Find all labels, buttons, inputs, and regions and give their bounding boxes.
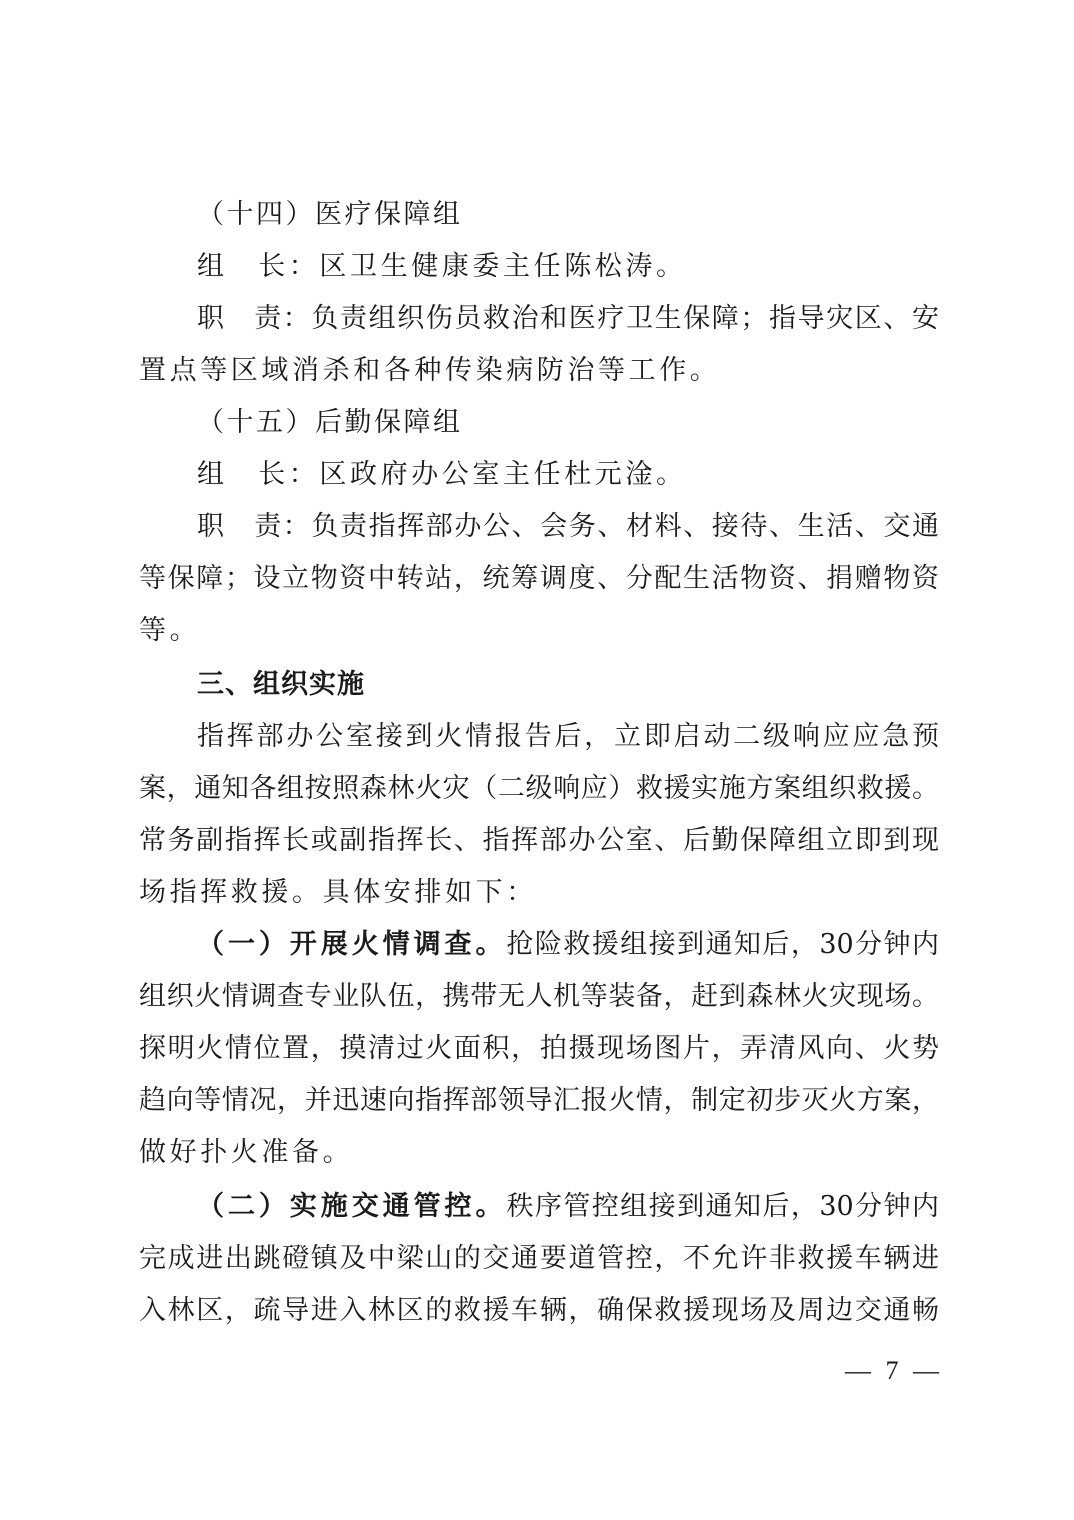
item1-line-1: （一）开展火情调查。抢险救援组接到通知后，30分钟内 [197,928,939,962]
logistics-duty-line-2: 等保障；设立物资中转站，统筹调度、分配生活物资、捐赠物资 [139,562,939,596]
part3-intro-line-3: 常务副指挥长或副指挥长、指挥部办公室、后勤保障组立即到现 [139,824,939,858]
duty-text: 负责指挥部办公、会务、材料、接待、生活、交通 [311,511,939,542]
item1-line-3: 探明火情位置，摸清过火面积，拍摄现场图片，弄清风向、火势 [139,1032,939,1066]
logistics-duty-line-1: 职 责：负责指挥部办公、会务、材料、接待、生活、交通 [197,510,939,544]
leader-label: 组 长： [197,251,319,282]
part3-intro-line-4: 场指挥救援。具体安排如下： [139,876,939,910]
part3-intro-line-2: 案，通知各组按照森林火灾（二级响应）救援实施方案组织救援。 [139,772,939,806]
item1-line-2: 组织火情调查专业队伍，携带无人机等装备，赶到森林火灾现场。 [139,980,939,1014]
logistics-duty-line-3: 等。 [139,614,939,648]
leader-value: 区卫生健康委主任陈松涛。 [319,251,686,282]
section-heading-medical: （十四）医疗保障组 [197,198,939,232]
item1-text: 抢险救援组接到通知后，30分钟内 [506,929,939,960]
item1-line-4: 趋向等情况，并迅速向指挥部领导汇报火情，制定初步灭火方案， [139,1084,939,1118]
duty-label: 职 责： [197,511,311,542]
page-number: — 7 — [845,1356,943,1386]
duty-label: 职 责： [197,303,311,334]
section-heading-logistics: （十五）后勤保障组 [197,406,939,440]
medical-leader-line: 组 长：区卫生健康委主任陈松涛。 [197,250,939,284]
item2-line-3: 入林区，疏导进入林区的救援车辆，确保救援现场及周边交通畅 [139,1294,939,1328]
item2-title: （二）实施交通管控。 [197,1191,506,1222]
leader-value: 区政府办公室主任杜元淦。 [319,459,686,490]
medical-duty-line-1: 职 责：负责组织伤员救治和医疗卫生保障；指导灾区、安 [197,302,939,336]
item2-line-2: 完成进出跳磴镇及中梁山的交通要道管控，不允许非救援车辆进 [139,1242,939,1276]
medical-duty-line-2: 置点等区域消杀和各种传染病防治等工作。 [139,354,939,388]
part3-heading: 三、组织实施 [197,668,939,702]
item2-line-1: （二）实施交通管控。秩序管控组接到通知后，30分钟内 [197,1190,939,1224]
leader-label: 组 长： [197,459,319,490]
item1-title: （一）开展火情调查。 [197,929,506,960]
part3-intro-line-1: 指挥部办公室接到火情报告后，立即启动二级响应应急预 [197,720,939,754]
document-page: （十四）医疗保障组 组 长：区卫生健康委主任陈松涛。 职 责：负责组织伤员救治和… [0,0,1074,1520]
item1-line-5: 做好扑火准备。 [139,1136,939,1170]
logistics-leader-line: 组 长：区政府办公室主任杜元淦。 [197,458,939,492]
duty-text: 负责组织伤员救治和医疗卫生保障；指导灾区、安 [311,303,939,334]
item2-text: 秩序管控组接到通知后，30分钟内 [506,1191,939,1222]
